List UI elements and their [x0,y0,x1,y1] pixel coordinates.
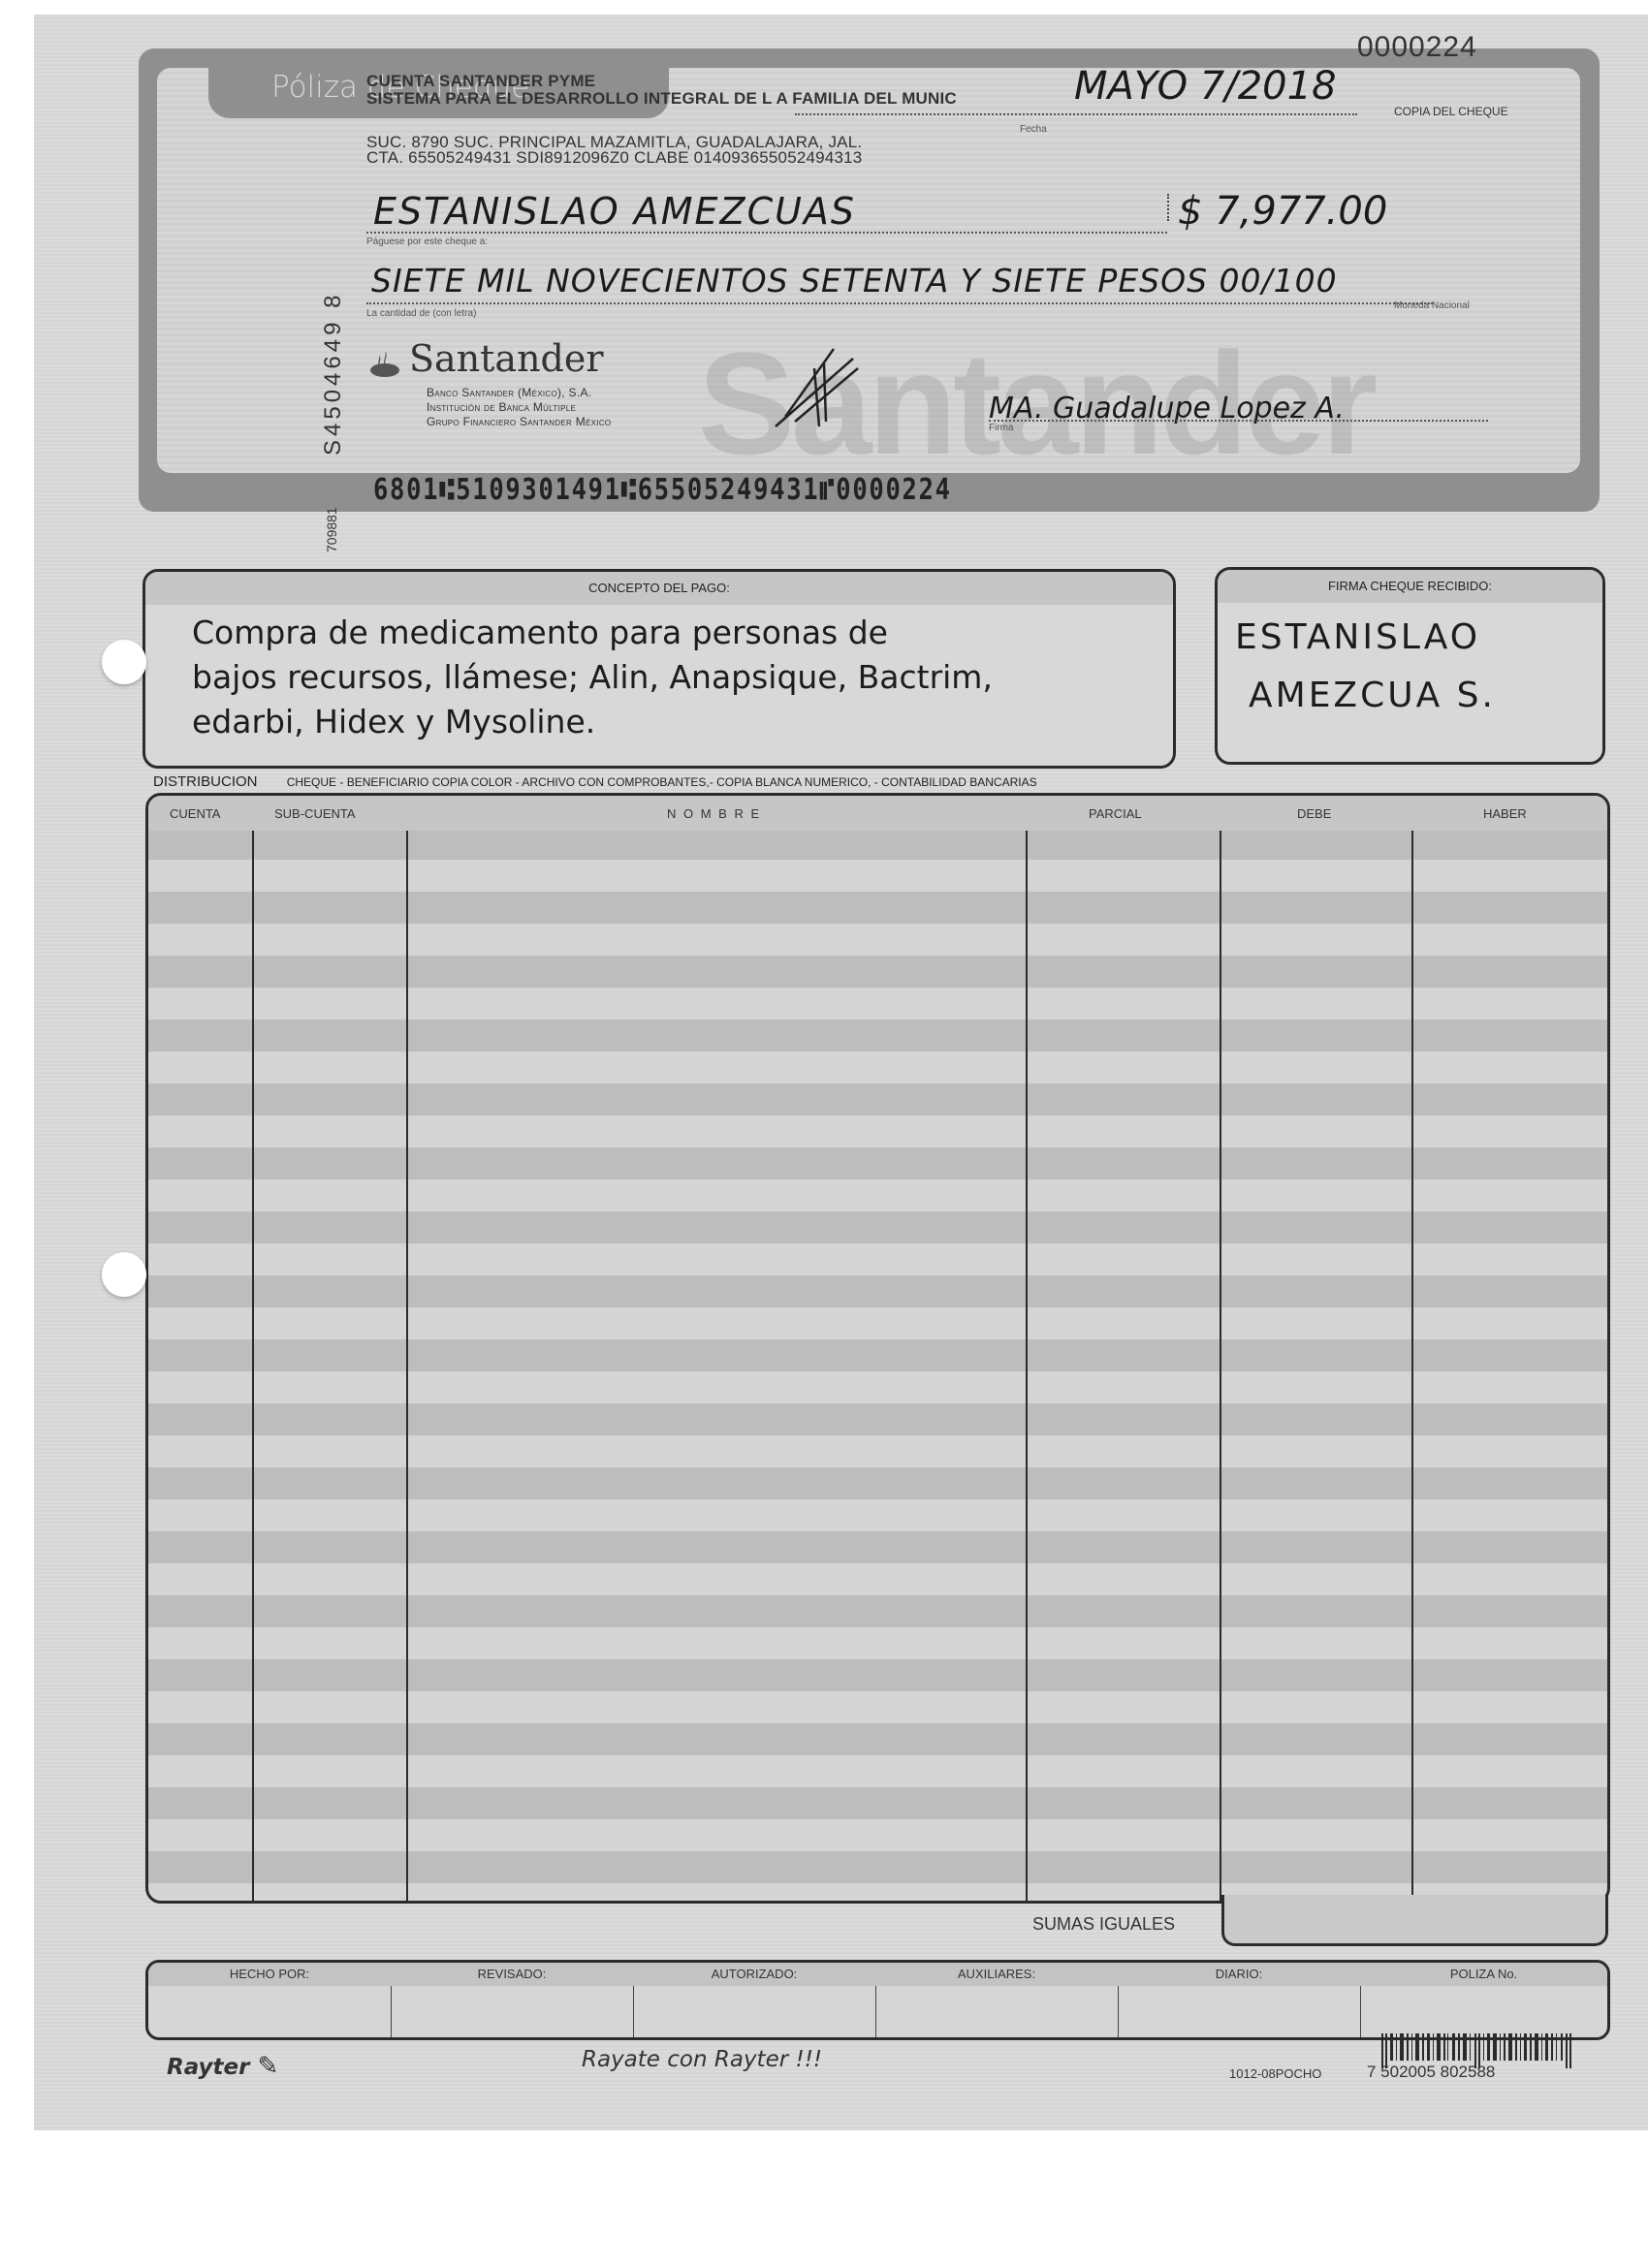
authorization-scribble [766,339,872,436]
signature-line [989,420,1488,422]
distribution-description: CHEQUE - BENEFICIARIO COPIA COLOR - ARCH… [287,775,1037,789]
vertical-serial: S4504649 8 709881 [320,136,359,456]
date-line [795,113,1357,115]
bank-name: Santander [409,337,604,380]
totals-box[interactable] [1221,1895,1608,1946]
amount-words-label: La cantidad de (con letra) [366,308,476,319]
barcode-digits: 7 502005 802588 [1367,2063,1495,2082]
receipt-signature-box: FIRMA CHEQUE RECIBIDO: ESTANISLAO AMEZCU… [1215,567,1605,765]
amount-words-line [366,302,1433,304]
field-autorizado[interactable]: AUTORIZADO: [633,1963,875,2037]
column-divider [252,831,254,1901]
account-holder: SISTEMA PARA EL DESARROLLO INTEGRAL DE L… [366,89,957,109]
payee-line [366,232,1167,234]
ledger-table: CUENTA SUB-CUENTA N O M B R E PARCIAL DE… [145,793,1610,1904]
date-value: MAYO 7/2018 [1074,64,1337,109]
column-divider [1026,831,1028,1901]
receipt-signature-value: ESTANISLAO AMEZCUA S. [1235,609,1496,725]
concept-box: CONCEPTO DEL PAGO: Compra de medicamento… [143,569,1176,769]
ledger-header: CUENTA SUB-CUENTA N O M B R E PARCIAL DE… [148,796,1607,831]
approvals-box: HECHO POR: REVISADO: AUTORIZADO: AUXILIA… [145,1960,1610,2040]
payee-value: ESTANISLAO AMEZCUAS [373,190,856,233]
col-debe: DEBE [1297,806,1331,821]
amount-separator [1167,194,1169,221]
receipt-signature-label: FIRMA CHEQUE RECIBIDO: [1218,570,1602,603]
currency-label: Moneda Nacional [1394,300,1470,311]
punch-hole [102,640,146,684]
col-nombre: N O M B R E [667,806,761,821]
form-code: 1012-08POCHO [1229,2066,1321,2081]
check-number: 0000224 [1357,31,1477,64]
signature-label: Firma [989,423,1014,433]
column-divider [1220,831,1221,1901]
copy-label: COPIA DEL CHEQUE [1394,105,1508,118]
santander-flame-icon [368,344,401,373]
amount-words-value: SIETE MIL NOVECIENTOS SETENTA Y SIETE PE… [371,262,1338,299]
bank-legal-text: Banco Santander (México), S.A. Instituci… [427,386,611,429]
slogan: Rayate con Rayter !!! [582,2047,822,2072]
serial-small: 709881 [324,507,339,552]
amount-value: $ 7,977.00 [1178,189,1387,234]
field-revisado[interactable]: REVISADO: [391,1963,633,2037]
field-hecho-por[interactable]: HECHO POR: [148,1963,391,2037]
column-divider [406,831,408,1901]
account-type: CUENTA SANTANDER PYME [366,72,595,91]
payee-label: Páguese por este cheque a: [366,236,488,247]
concept-label: CONCEPTO DEL PAGO: [145,572,1173,605]
pen-icon: ✎ [257,2052,278,2081]
bank-logo: Santander [368,337,604,380]
field-auxiliares[interactable]: AUXILIARES: [875,1963,1118,2037]
col-haber: HABER [1483,806,1527,821]
distribution-note: DISTRIBUCION CHEQUE - BENEFICIARIO COPIA… [153,773,1037,790]
col-cuenta: CUENTA [170,806,220,821]
date-label: Fecha [1020,124,1047,135]
serial-number: S4504649 8 [320,292,347,456]
column-divider [1411,831,1413,1901]
ledger-body[interactable] [148,831,1607,1901]
account-line: CTA. 65505249431 SDI8912096Z0 CLABE 0140… [366,148,862,168]
col-parcial: PARCIAL [1089,806,1142,821]
micr-line: 6801⑆5109301491⑆65505249431⑈0000224 [373,473,952,507]
field-poliza-no[interactable]: POLIZA No. [1360,1963,1607,2037]
distribution-label: DISTRIBUCION [153,773,258,790]
concept-text: Compra de medicamento para personas de b… [192,611,1161,744]
punch-hole [102,1252,146,1297]
totals-label: SUMAS IGUALES [1032,1914,1175,1935]
col-sub-cuenta: SUB-CUENTA [274,806,356,821]
rayter-logo: Rayter ✎ [167,2052,278,2081]
field-diario[interactable]: DIARIO: [1118,1963,1360,2037]
